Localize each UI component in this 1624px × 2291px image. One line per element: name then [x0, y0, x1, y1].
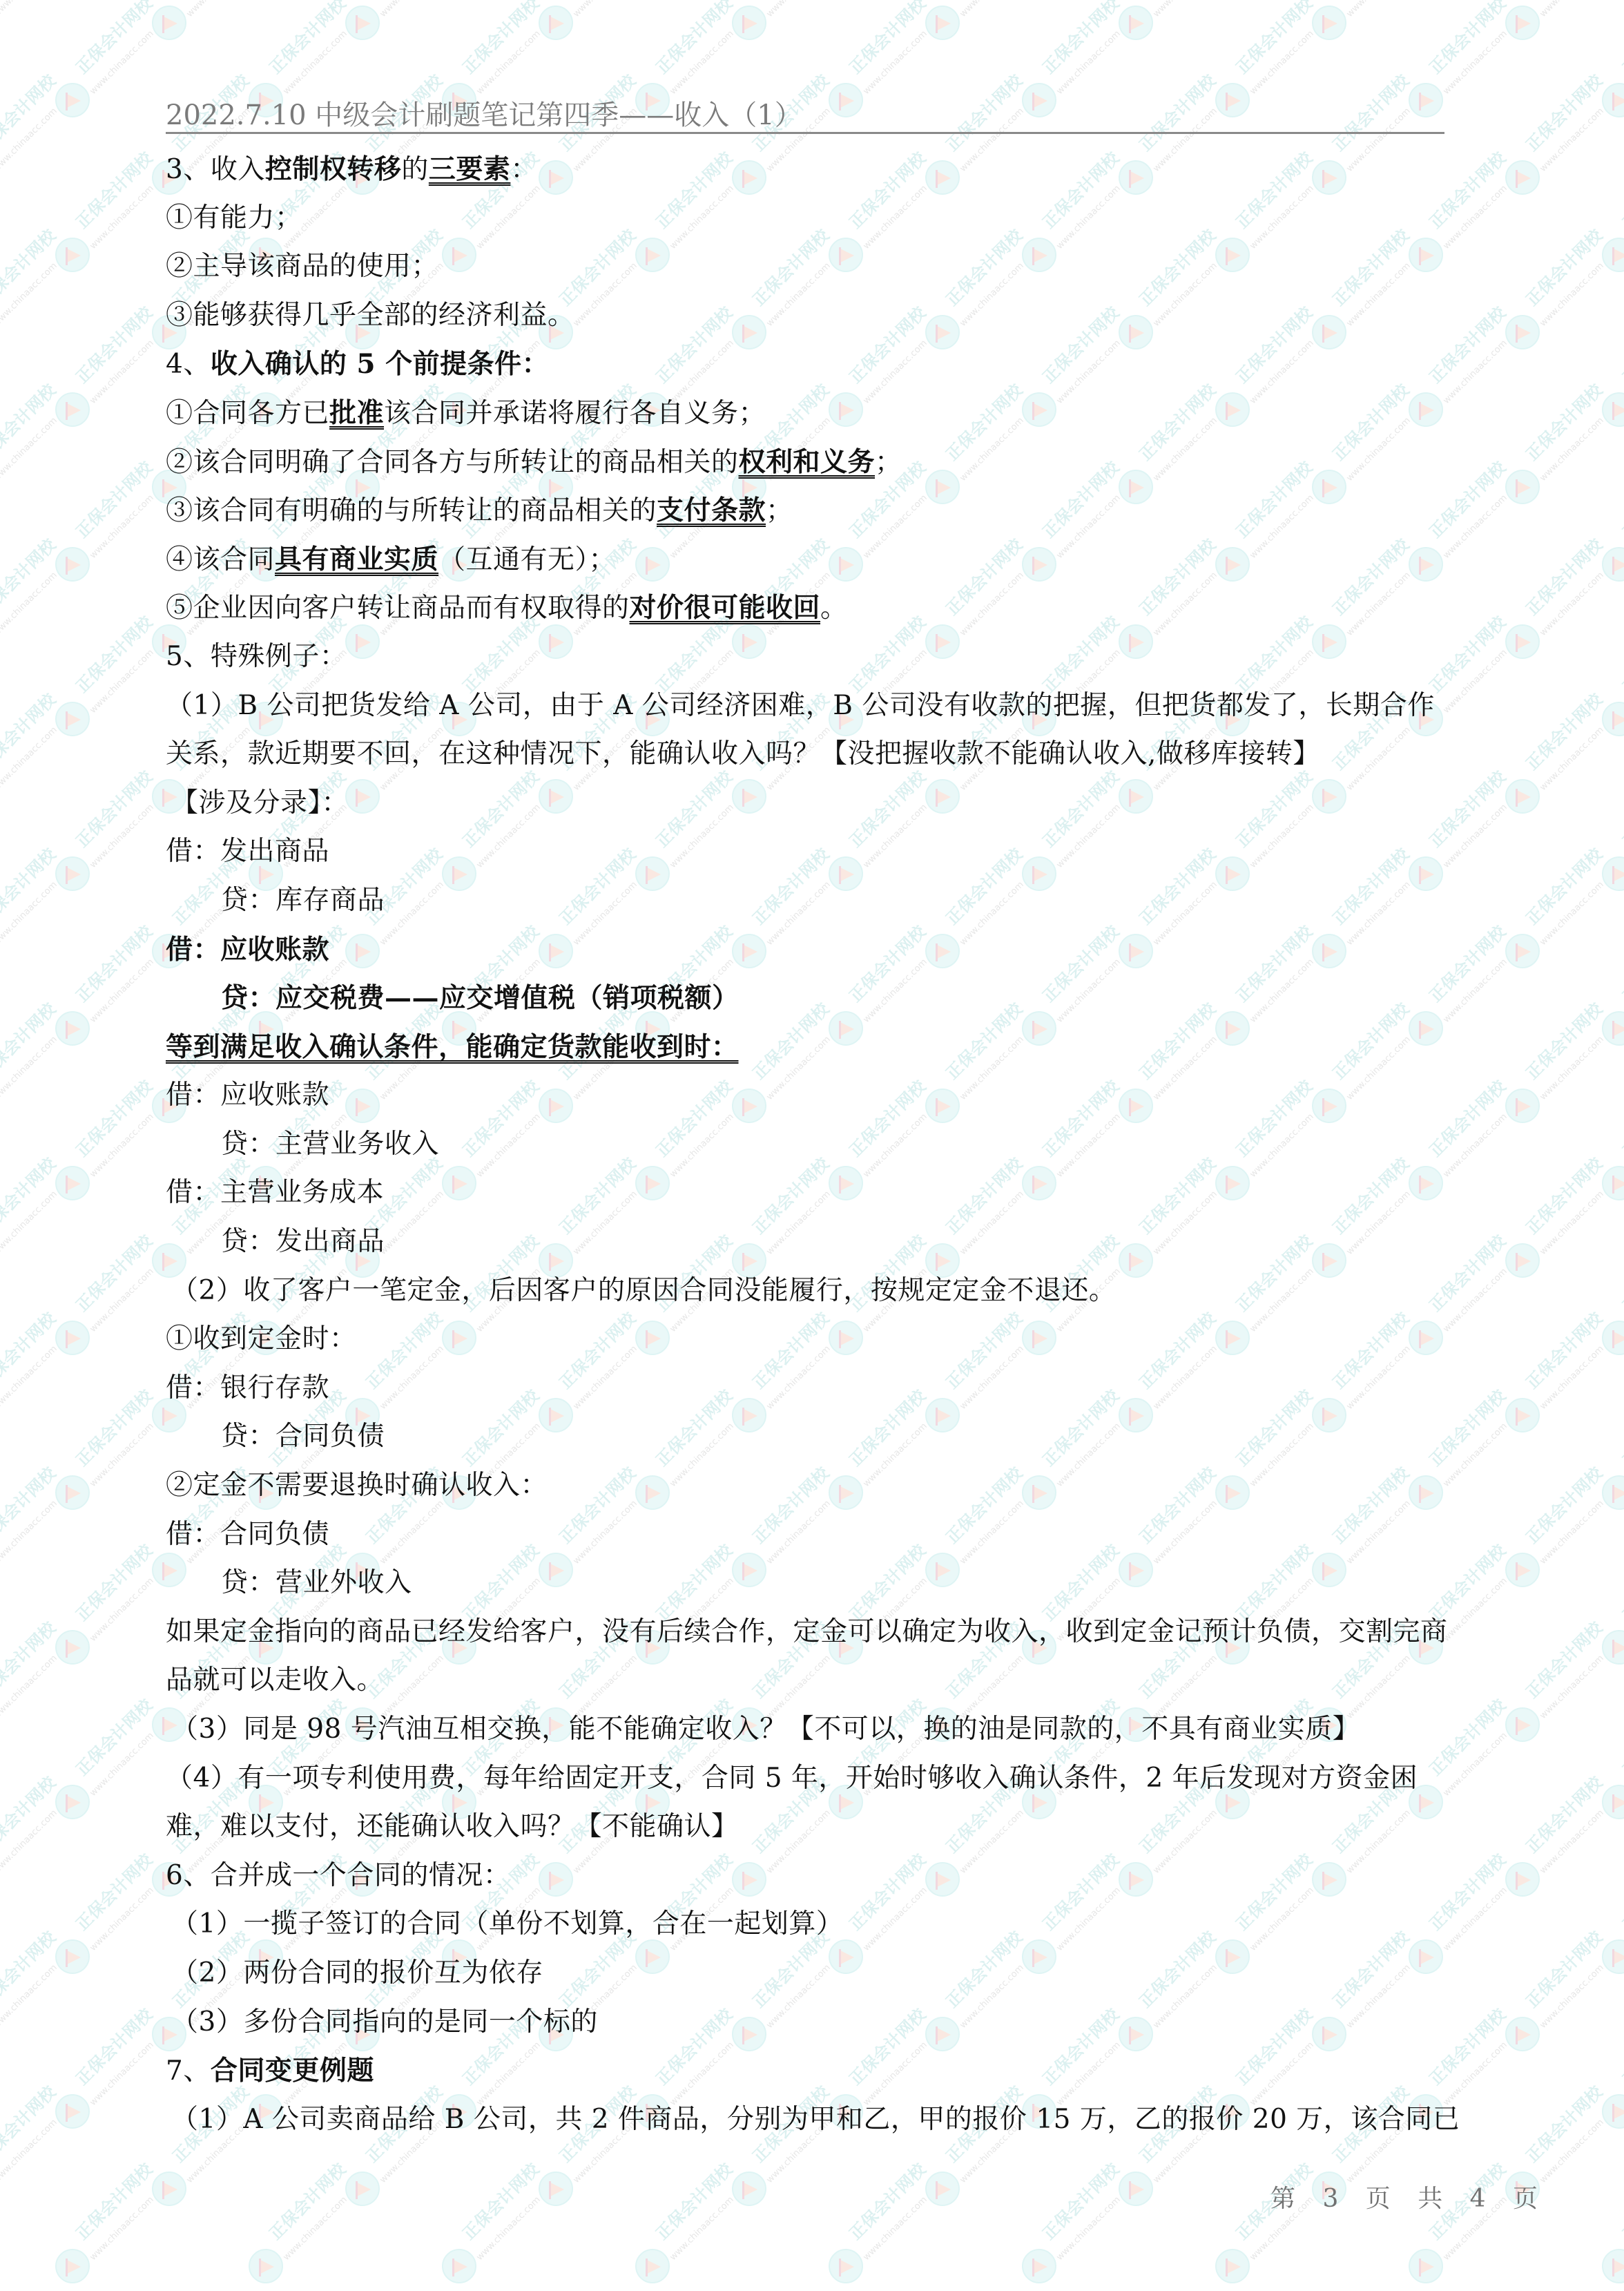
watermark-brand-text: 正保会计网校	[1523, 1619, 1605, 1701]
watermark-url-text: www.chinaacc.com	[1055, 2195, 1122, 2262]
watermark-brand-text: 正保会计网校	[1620, 1387, 1624, 1469]
watermark-brand-text: 正保会计网校	[1523, 1774, 1605, 1856]
watermark-brand-text: 正保会计网校	[1523, 2083, 1605, 2165]
watermark-brand-text: 正保会计网校	[73, 304, 155, 386]
watermark-logo-icon	[732, 6, 766, 40]
watermark-tile: 正保会计网校www.chinaacc.com	[0, 1674, 97, 1750]
watermark-tile: 正保会计网校www.chinaacc.com	[0, 1055, 97, 1131]
watermark-url-text: www.chinaacc.com	[88, 1886, 155, 1953]
watermark-tile: 正保会计网校www.chinaacc.com	[345, 0, 483, 48]
watermark-brand-text: 正保会计网校	[0, 1155, 59, 1237]
watermark-tile: 正保会计网校www.chinaacc.com	[345, 2138, 483, 2214]
heading-text: 3、收入	[166, 154, 265, 185]
watermark-logo-icon	[1602, 392, 1624, 427]
watermark-url-text: www.chinaacc.com	[0, 1808, 59, 1875]
watermark-url-text: www.chinaacc.com	[0, 1035, 59, 1102]
watermark-logo-icon	[1602, 1785, 1624, 1819]
watermark-tile: 正保会计网校www.chinaacc.com	[829, 2216, 967, 2291]
item-keyword: 具有商业实质	[275, 544, 438, 575]
section-6-heading: 6、合并成一个合同的情况：	[166, 1852, 1450, 1901]
item-text: ④该合同	[166, 544, 275, 575]
watermark-logo-icon	[1505, 1553, 1540, 1587]
watermark-logo-icon	[55, 1321, 90, 1355]
watermark-brand-text: 正保会计网校	[1620, 923, 1624, 1005]
watermark-tile: 正保会计网校www.chinaacc.com	[1505, 1674, 1624, 1750]
watermark-tile: 正保会计网校www.chinaacc.com	[0, 127, 97, 203]
watermark-logo-icon	[1505, 470, 1540, 504]
section-3-item: ③能够获得几乎全部的经济利益。	[166, 291, 1450, 341]
watermark-tile: 正保会计网校www.chinaacc.com	[732, 0, 870, 48]
watermark-url-text: www.chinaacc.com	[1442, 957, 1509, 1024]
watermark-logo-icon	[1602, 1939, 1624, 1974]
watermark-brand-text: 正保会计网校	[0, 1310, 59, 1392]
watermark-logo-icon	[1312, 6, 1346, 40]
watermark-brand-text: 正保会计网校	[1523, 845, 1605, 928]
watermark-logo-icon	[1602, 1011, 1624, 1046]
watermark-url-text: www.chinaacc.com	[1538, 416, 1605, 483]
watermark-brand-text: 正保会计网校	[73, 459, 155, 541]
watermark-url-text: www.chinaacc.com	[88, 1112, 155, 1179]
header-title: 2022.7.10 中级会计刷题笔记第四季——收入（1）	[166, 102, 802, 129]
item-keyword: 批准	[329, 397, 384, 429]
watermark-tile: 正保会计网校www.chinaacc.com	[1505, 1055, 1624, 1131]
watermark-logo-icon	[1602, 2249, 1624, 2283]
watermark-brand-text: 正保会计网校	[1620, 1851, 1624, 1933]
watermark-tile: 正保会计网校www.chinaacc.com	[1505, 746, 1624, 822]
journal-debit: 借：发出商品	[166, 827, 1450, 876]
section-4-item: ⑤企业因向客户转让商品而有权取得的对价很可能收回。	[166, 584, 1450, 633]
watermark-url-text: www.chinaacc.com	[1442, 1421, 1509, 1488]
watermark-url-text: www.chinaacc.com	[1442, 1576, 1509, 1643]
watermark-tile: 正保会计网校www.chinaacc.com	[1602, 823, 1624, 899]
watermark-logo-icon	[1119, 2172, 1153, 2206]
watermark-brand-text: 正保会计网校	[73, 613, 155, 696]
watermark-tile: 正保会计网校www.chinaacc.com	[1505, 1520, 1624, 1595]
watermark-brand-text: 正保会计网校	[1523, 227, 1605, 309]
watermark-logo-icon	[1215, 2249, 1250, 2283]
heading-keyword-underlined: 三要素	[429, 153, 511, 185]
item-text: ①合同各方已	[166, 398, 329, 429]
item-text: 。	[820, 593, 848, 624]
watermark-brand-text: 正保会计网校	[267, 0, 349, 77]
section-3-heading: 3、收入控制权转移的三要素：	[166, 145, 1450, 194]
watermark-logo-icon	[1505, 2017, 1540, 2051]
item-keyword: 对价很可能收回	[630, 592, 821, 624]
watermark-url-text: www.chinaacc.com	[0, 1499, 59, 1566]
watermark-brand-text: 正保会计网校	[1523, 1000, 1605, 1082]
watermark-tile: 正保会计网校www.chinaacc.com	[1505, 591, 1624, 667]
journal-debit: 借：主营业务成本	[166, 1169, 1450, 1218]
watermark-tile: 正保会计网校www.chinaacc.com	[1602, 978, 1624, 1054]
heading-keyword: 合同变更例题	[211, 2055, 374, 2087]
watermark-logo-icon	[1602, 702, 1624, 736]
watermark-tile: 正保会计网校www.chinaacc.com	[1505, 282, 1624, 358]
watermark-url-text: www.chinaacc.com	[0, 106, 59, 173]
watermark-tile: 正保会计网校www.chinaacc.com	[1602, 1287, 1624, 1363]
journal-credit: 贷：应交税费——应交增值税（销项税额）	[166, 974, 1450, 1023]
watermark-tile: 正保会计网校www.chinaacc.com	[1505, 1365, 1624, 1441]
watermark-brand-text: 正保会计网校	[1523, 72, 1605, 154]
watermark-tile: 正保会计网校www.chinaacc.com	[1505, 1984, 1624, 2060]
watermark-logo-icon	[55, 547, 90, 582]
watermark-logo-icon	[1602, 1630, 1624, 1665]
watermark-brand-text: 正保会计网校	[1620, 613, 1624, 696]
watermark-url-text: www.chinaacc.com	[88, 1421, 155, 1488]
watermark-tile: 正保会计网校www.chinaacc.com	[1505, 0, 1624, 48]
watermark-tile: 正保会计网校www.chinaacc.com	[152, 0, 290, 48]
watermark-url-text: www.chinaacc.com	[378, 0, 445, 19]
watermark-brand-text: 正保会计网校	[1620, 459, 1624, 541]
journal-debit: 借：合同负债	[166, 1511, 1450, 1560]
watermark-url-text: www.chinaacc.com	[1442, 1112, 1509, 1179]
watermark-logo-icon	[1602, 1166, 1624, 1200]
item-text: （互通有无）；	[438, 544, 616, 575]
watermark-tile: 正保会计网校www.chinaacc.com	[0, 1984, 97, 2060]
watermark-brand-text: 正保会计网校	[1620, 2160, 1624, 2243]
item-text: ；	[766, 495, 793, 526]
watermark-tile: 正保会计网校www.chinaacc.com	[1119, 0, 1257, 48]
watermark-tile: 正保会计网校www.chinaacc.com	[0, 0, 97, 48]
watermark-logo-icon	[1602, 1321, 1624, 1355]
watermark-url-text: www.chinaacc.com	[1248, 29, 1315, 96]
watermark-url-text: www.chinaacc.com	[88, 29, 155, 96]
watermark-url-text: www.chinaacc.com	[475, 2195, 542, 2262]
watermark-url-text: www.chinaacc.com	[0, 1189, 59, 1256]
section-4-item: ②该合同明确了合同各方与所转让的商品相关的权利和义务；	[166, 438, 1450, 487]
watermark-logo-icon	[55, 702, 90, 736]
watermark-tile: 正保会计网校www.chinaacc.com	[0, 2138, 97, 2214]
watermark-brand-text: 正保会计网校	[1523, 1464, 1605, 1546]
watermark-logo-icon	[55, 83, 90, 117]
watermark-tile: 正保会计网校www.chinaacc.com	[1119, 2138, 1257, 2214]
watermark-logo-icon	[1602, 856, 1624, 891]
section-5-heading: 5、特殊例子：	[166, 633, 1450, 682]
watermark-brand-text: 正保会计网校	[1040, 2160, 1122, 2243]
watermark-url-text: www.chinaacc.com	[88, 2195, 155, 2262]
watermark-logo-icon	[925, 6, 960, 40]
watermark-brand-text: 正保会计网校	[1620, 1542, 1624, 1624]
watermark-tile: 正保会计网校www.chinaacc.com	[0, 1520, 97, 1595]
heading-keyword: 控制权转移	[265, 153, 402, 185]
watermark-brand-text: 正保会计网校	[73, 0, 155, 77]
case-2-question: （2）收了客户一笔定金，后因客户的原因合同没能履行，按规定定金不退还。	[166, 1267, 1450, 1316]
watermark-url-text: www.chinaacc.com	[1538, 1653, 1605, 1720]
watermark-url-text: www.chinaacc.com	[1538, 2118, 1605, 2185]
watermark-url-text: www.chinaacc.com	[668, 2195, 735, 2262]
watermark-brand-text: 正保会计网校	[73, 1851, 155, 1933]
watermark-logo-icon	[1022, 2249, 1056, 2283]
watermark-brand-text: 正保会计网校	[1620, 304, 1624, 386]
heading-text: 7、	[166, 2055, 211, 2087]
watermark-tile: 正保会计网校www.chinaacc.com	[1602, 514, 1624, 590]
watermark-brand-text: 正保会计网校	[267, 2160, 349, 2243]
watermark-logo-icon	[55, 238, 90, 272]
watermark-url-text: www.chinaacc.com	[1538, 880, 1605, 947]
watermark-url-text: www.chinaacc.com	[88, 803, 155, 870]
watermark-brand-text: 正保会计网校	[847, 2160, 929, 2243]
watermark-url-text: www.chinaacc.com	[88, 1576, 155, 1643]
watermark-brand-text: 正保会计网校	[1620, 1077, 1624, 1160]
watermark-tile: 正保会计网校www.chinaacc.com	[1312, 0, 1450, 48]
watermark-url-text: www.chinaacc.com	[0, 725, 59, 792]
watermark-logo-icon	[1505, 1707, 1540, 1742]
watermark-logo-icon	[1119, 6, 1153, 40]
watermark-brand-text: 正保会计网校	[1427, 0, 1509, 77]
watermark-tile: 正保会计网校www.chinaacc.com	[539, 0, 677, 48]
watermark-brand-text: 正保会计网校	[0, 536, 59, 618]
watermark-url-text: www.chinaacc.com	[1442, 648, 1509, 715]
watermark-url-text: www.chinaacc.com	[1538, 1189, 1605, 1256]
watermark-url-text: www.chinaacc.com	[862, 2195, 929, 2262]
watermark-tile: 正保会计网校www.chinaacc.com	[1602, 2216, 1624, 2291]
item-text: ⑤企业因向客户转让商品而有权取得的	[166, 593, 630, 624]
item-text: 该合同并承诺将履行各自义务；	[384, 398, 766, 429]
watermark-logo-icon	[1505, 624, 1540, 659]
watermark-logo-icon	[1505, 6, 1540, 40]
watermark-logo-icon	[55, 392, 90, 427]
watermark-url-text: www.chinaacc.com	[88, 184, 155, 251]
watermark-brand-text: 正保会计网校	[1620, 0, 1624, 77]
heading-keyword: 收入确认的 5 个前提条件：	[211, 348, 549, 380]
watermark-brand-text: 正保会计网校	[460, 2160, 542, 2243]
watermark-tile: 正保会计网校www.chinaacc.com	[1602, 1442, 1624, 1518]
watermark-logo-icon	[635, 2249, 670, 2283]
watermark-tile: 正保会计网校www.chinaacc.com	[1602, 669, 1624, 745]
watermark-url-text: www.chinaacc.com	[88, 338, 155, 405]
watermark-brand-text: 正保会计网校	[653, 0, 735, 77]
watermark-tile: 正保会计网校www.chinaacc.com	[732, 2138, 870, 2214]
watermark-brand-text: 正保会计网校	[73, 149, 155, 231]
item-keyword: 权利和义务	[739, 446, 876, 478]
watermark-brand-text: 正保会计网校	[73, 1077, 155, 1160]
watermark-tile: 正保会计网校www.chinaacc.com	[1505, 1829, 1624, 1905]
journal-debit: 借：应收账款	[166, 926, 1450, 975]
watermark-url-text: www.chinaacc.com	[88, 1731, 155, 1798]
watermark-logo-icon	[1505, 934, 1540, 968]
watermark-tile: 正保会计网校www.chinaacc.com	[0, 1365, 97, 1441]
watermark-tile: 正保会计网校www.chinaacc.com	[1022, 2216, 1160, 2291]
watermark-logo-icon	[55, 1011, 90, 1046]
watermark-brand-text: 正保会计网校	[1620, 2006, 1624, 2088]
watermark-url-text: www.chinaacc.com	[1442, 184, 1509, 251]
watermark-logo-icon	[152, 6, 186, 40]
watermark-url-text: www.chinaacc.com	[475, 29, 542, 96]
watermark-brand-text: 正保会计网校	[0, 845, 59, 928]
watermark-logo-icon	[55, 1630, 90, 1665]
watermark-brand-text: 正保会计网校	[460, 0, 542, 77]
watermark-tile: 正保会计网校www.chinaacc.com	[152, 2138, 290, 2214]
watermark-url-text: www.chinaacc.com	[88, 957, 155, 1024]
watermark-url-text: www.chinaacc.com	[1442, 493, 1509, 560]
watermark-tile: 正保会计网校www.chinaacc.com	[1505, 1210, 1624, 1286]
watermark-tile: 正保会计网校www.chinaacc.com	[0, 1210, 97, 1286]
watermark-tile: 正保会计网校www.chinaacc.com	[925, 2138, 1063, 2214]
watermark-brand-text: 正保会计网校	[0, 381, 59, 463]
watermark-tile: 正保会计网校www.chinaacc.com	[1602, 359, 1624, 435]
watermark-brand-text: 正保会计网校	[0, 227, 59, 309]
watermark-tile: 正保会计网校www.chinaacc.com	[1602, 1597, 1624, 1673]
watermark-tile: 正保会计网校www.chinaacc.com	[1602, 1906, 1624, 1982]
case-1-question: （1）B 公司把货发给 A 公司，由于 A 公司经济困难，B 公司没有收款的把握…	[166, 682, 1450, 779]
watermark-url-text: www.chinaacc.com	[572, 0, 639, 19]
watermark-brand-text: 正保会计网校	[847, 0, 929, 77]
watermark-tile: 正保会计网校www.chinaacc.com	[0, 746, 97, 822]
watermark-url-text: www.chinaacc.com	[765, 0, 832, 19]
watermark-tile: 正保会计网校www.chinaacc.com	[0, 591, 97, 667]
watermark-brand-text: 正保会计网校	[73, 2006, 155, 2088]
watermark-logo-icon	[1505, 1398, 1540, 1432]
watermark-logo-icon	[829, 2249, 863, 2283]
heading-text: 4、	[166, 349, 211, 380]
watermark-url-text: www.chinaacc.com	[1442, 1731, 1509, 1798]
watermark-tile: 正保会计网校www.chinaacc.com	[539, 2138, 677, 2214]
watermark-brand-text: 正保会计网校	[1233, 0, 1315, 77]
heading-text: ：	[510, 154, 538, 185]
section-3-item: ②主导该商品的使用；	[166, 242, 1450, 291]
condition-line: 等到满足收入确认条件，能确定货款能收到时：	[166, 1023, 1450, 1072]
watermark-brand-text: 正保会计网校	[1620, 1232, 1624, 1314]
watermark-logo-icon	[925, 2172, 960, 2206]
watermark-brand-text: 正保会计网校	[1040, 0, 1122, 77]
watermark-url-text: www.chinaacc.com	[88, 648, 155, 715]
case-2-step-1: ①收到定金时：	[166, 1315, 1450, 1364]
section-6-item: （3）多份合同指向的是同一个标的	[166, 1998, 1450, 2047]
watermark-logo-icon	[442, 2249, 476, 2283]
watermark-url-text: www.chinaacc.com	[0, 416, 59, 483]
watermark-url-text: www.chinaacc.com	[282, 29, 349, 96]
watermark-tile: 正保会计网校www.chinaacc.com	[1505, 127, 1624, 203]
journal-credit: 贷：主营业务收入	[166, 1120, 1450, 1169]
watermark-brand-text: 正保会计网校	[73, 2160, 155, 2243]
watermark-logo-icon	[152, 2172, 186, 2206]
watermark-tile: 正保会计网校www.chinaacc.com	[635, 2216, 773, 2291]
watermark-logo-icon	[345, 2172, 380, 2206]
watermark-tile: 正保会计网校www.chinaacc.com	[0, 1829, 97, 1905]
journal-debit: 借：应收账款	[166, 1071, 1450, 1120]
watermark-tile: 正保会计网校www.chinaacc.com	[1602, 1133, 1624, 1209]
watermark-logo-icon	[1505, 779, 1540, 814]
journal-credit: 贷：库存商品	[166, 876, 1450, 926]
watermark-url-text: www.chinaacc.com	[1442, 338, 1509, 405]
section-4-item: ④该合同具有商业实质（互通有无）；	[166, 535, 1450, 584]
journal-credit: 贷：营业外收入	[166, 1559, 1450, 1608]
watermark-tile: 正保会计网校www.chinaacc.com	[1602, 50, 1624, 126]
watermark-brand-text: 正保会计网校	[1523, 381, 1605, 463]
watermark-url-text: www.chinaacc.com	[0, 1653, 59, 1720]
watermark-logo-icon	[539, 2172, 573, 2206]
item-text: ；	[875, 447, 902, 478]
watermark-brand-text: 正保会计网校	[1523, 536, 1605, 618]
watermark-brand-text: 正保会计网校	[73, 768, 155, 850]
watermark-tile: 正保会计网校www.chinaacc.com	[0, 282, 97, 358]
watermark-logo-icon	[55, 1785, 90, 1819]
watermark-logo-icon	[249, 2249, 283, 2283]
watermark-url-text: www.chinaacc.com	[0, 1344, 59, 1411]
watermark-logo-icon	[1602, 1475, 1624, 1510]
heading-text: 的	[401, 154, 429, 185]
section-4-item: ①合同各方已批准该合同并承诺将履行各自义务；	[166, 389, 1450, 438]
case-3: （3）同是 98 号汽油互相交换，能不能确定收入？【不可以，换的油是同款的，不具…	[166, 1705, 1450, 1754]
watermark-logo-icon	[1602, 2094, 1624, 2129]
watermark-url-text: www.chinaacc.com	[0, 880, 59, 947]
watermark-logo-icon	[1602, 238, 1624, 272]
watermark-brand-text: 正保会计网校	[0, 1464, 59, 1546]
watermark-tile: 正保会计网校www.chinaacc.com	[1215, 2216, 1353, 2291]
watermark-url-text: www.chinaacc.com	[1442, 803, 1509, 870]
case-2-step-2: ②定金不需要退换时确认收入：	[166, 1461, 1450, 1511]
case-2-note: 如果定金指向的商品已经发给客户，没有后续合作，定金可以确定为收入，收到定金记预计…	[166, 1608, 1450, 1705]
section-7-case-1: （1）A 公司卖商品给 B 公司，共 2 件商品，分别为甲和乙，甲的报价 15 …	[166, 2096, 1450, 2145]
watermark-tile: 正保会计网校www.chinaacc.com	[1602, 2061, 1624, 2137]
section-6-item: （2）两份合同的报价互为依存	[166, 1949, 1450, 1998]
watermark-url-text: www.chinaacc.com	[1538, 1808, 1605, 1875]
watermark-url-text: www.chinaacc.com	[1538, 261, 1605, 328]
section-7-heading: 7、合同变更例题	[166, 2046, 1450, 2096]
watermark-brand-text: 正保会计网校	[1620, 1696, 1624, 1779]
watermark-brand-text: 正保会计网校	[1523, 1310, 1605, 1392]
watermark-brand-text: 正保会计网校	[73, 923, 155, 1005]
watermark-logo-icon	[1602, 83, 1624, 117]
watermark-tile: 正保会计网校www.chinaacc.com	[925, 0, 1063, 48]
watermark-brand-text: 正保会计网校	[0, 1000, 59, 1082]
condition-text: 等到满足收入确认条件，能确定货款能收到时：	[166, 1031, 739, 1063]
entries-label: 【涉及分录】：	[166, 779, 1450, 828]
watermark-url-text: www.chinaacc.com	[282, 2195, 349, 2262]
watermark-brand-text: 正保会计网校	[1523, 1928, 1605, 2011]
watermark-url-text: www.chinaacc.com	[1442, 1267, 1509, 1334]
watermark-brand-text: 正保会计网校	[73, 1387, 155, 1469]
watermark-url-text: www.chinaacc.com	[1442, 1886, 1509, 1953]
page-indicator: 第 3 页 共 4 页	[1270, 2179, 1547, 2214]
watermark-logo-icon	[539, 6, 573, 40]
watermark-brand-text: 正保会计网校	[0, 691, 59, 773]
watermark-brand-text: 正保会计网校	[1523, 1155, 1605, 1237]
watermark-logo-icon	[55, 856, 90, 891]
watermark-brand-text: 正保会计网校	[0, 1774, 59, 1856]
watermark-logo-icon	[1602, 547, 1624, 582]
watermark-brand-text: 正保会计网校	[0, 72, 59, 154]
section-4-heading: 4、收入确认的 5 个前提条件：	[166, 340, 1450, 389]
journal-credit: 贷：合同负债	[166, 1412, 1450, 1461]
watermark-url-text: www.chinaacc.com	[1442, 29, 1509, 96]
watermark-url-text: www.chinaacc.com	[0, 261, 59, 328]
watermark-url-text: www.chinaacc.com	[958, 0, 1025, 19]
watermark-logo-icon	[1505, 315, 1540, 349]
watermark-brand-text: 正保会计网校	[0, 1619, 59, 1701]
watermark-url-text: www.chinaacc.com	[1538, 1499, 1605, 1566]
watermark-brand-text: 正保会计网校	[73, 1542, 155, 1624]
watermark-url-text: www.chinaacc.com	[185, 0, 252, 19]
watermark-logo-icon	[1505, 1089, 1540, 1123]
watermark-logo-icon	[345, 6, 380, 40]
watermark-brand-text: 正保会计网校	[1620, 149, 1624, 231]
watermark-url-text: www.chinaacc.com	[88, 2040, 155, 2107]
watermark-url-text: www.chinaacc.com	[88, 493, 155, 560]
watermark-url-text: www.chinaacc.com	[0, 571, 59, 638]
watermark-logo-icon	[55, 1475, 90, 1510]
watermark-url-text: www.chinaacc.com	[0, 2118, 59, 2185]
watermark-tile: 正保会计网校www.chinaacc.com	[442, 2216, 580, 2291]
section-3-item: ①有能力；	[166, 194, 1450, 243]
watermark-brand-text: 正保会计网校	[0, 2083, 59, 2165]
watermark-url-text: www.chinaacc.com	[1538, 571, 1605, 638]
watermark-url-text: www.chinaacc.com	[1538, 725, 1605, 792]
watermark-brand-text: 正保会计网校	[1523, 691, 1605, 773]
watermark-brand-text: 正保会计网校	[73, 1232, 155, 1314]
watermark-tile: 正保会计网校www.chinaacc.com	[55, 2216, 193, 2291]
item-keyword: 支付条款	[657, 495, 766, 526]
watermark-logo-icon	[55, 1166, 90, 1200]
